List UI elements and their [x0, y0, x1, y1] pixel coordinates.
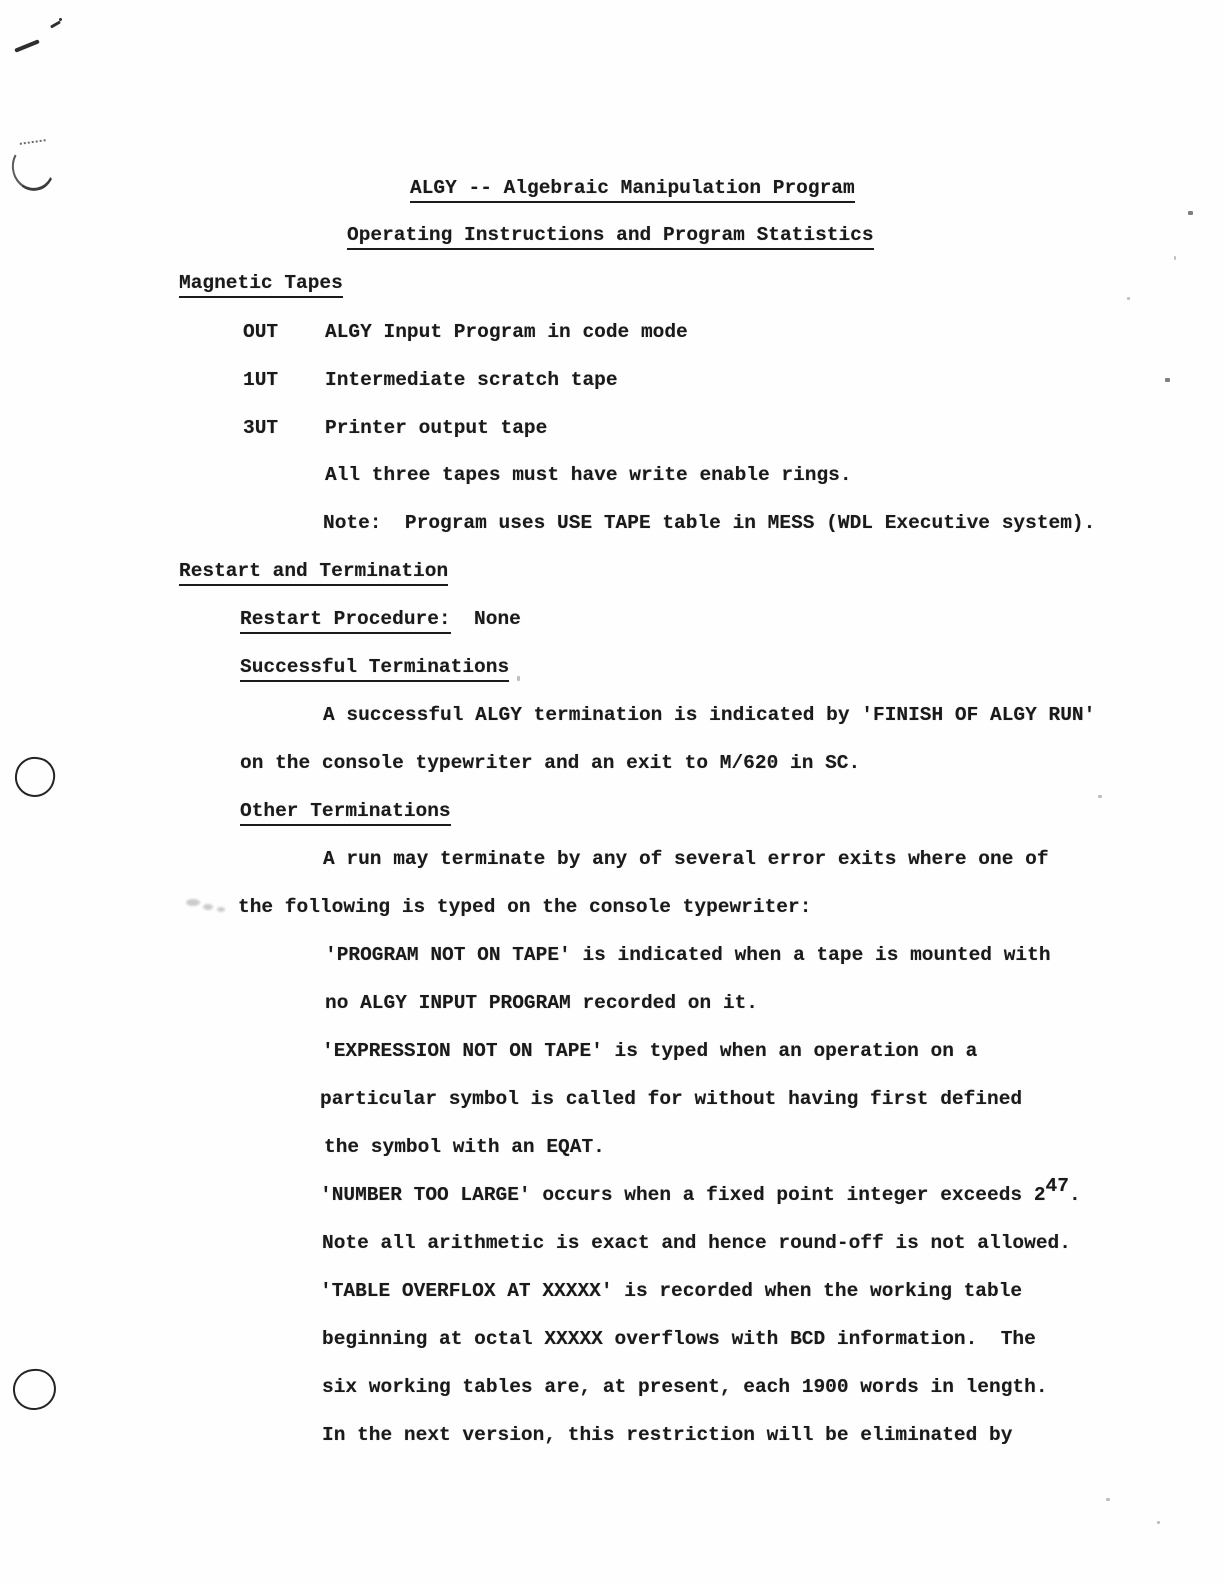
scan-speck: [1188, 211, 1193, 215]
tape-label-out: OUT: [243, 320, 278, 344]
document-title-text: ALGY -- Algebraic Manipulation Program: [410, 177, 855, 203]
heading-text: Other Terminations: [240, 800, 451, 826]
error-program-not-on-tape-2: no ALGY INPUT PROGRAM recorded on it.: [325, 991, 758, 1015]
error-table-overflox-4: In the next version, this restriction wi…: [322, 1423, 1012, 1447]
scanned-document-page: ALGY -- Algebraic Manipulation Program O…: [0, 0, 1224, 1584]
error-table-overflox-2: beginning at octal XXXXX overflows with …: [322, 1327, 1036, 1351]
restart-procedure-label: Restart Procedure:: [240, 608, 451, 634]
heading-text: Magnetic Tapes: [179, 272, 343, 298]
tape-description-3ut: Printer output tape: [325, 416, 547, 440]
tape-description-out: ALGY Input Program in code mode: [325, 320, 688, 344]
successful-termination-line-2: on the console typewriter and an exit to…: [240, 751, 860, 775]
document-subtitle-text: Operating Instructions and Program Stati…: [347, 224, 874, 250]
scan-speck: [1165, 378, 1170, 382]
successful-termination-line-1: A successful ALGY termination is indicat…: [323, 703, 1095, 727]
scan-speck: [1106, 1498, 1110, 1501]
scan-speck: [1157, 1521, 1160, 1524]
scan-smudge: [186, 899, 200, 906]
scan-speck: [1127, 297, 1130, 300]
scan-smudge: [203, 904, 213, 910]
pen-mark: [50, 20, 61, 28]
error-expression-not-on-tape-1: 'EXPRESSION NOT ON TAPE' is typed when a…: [322, 1039, 977, 1063]
error-expression-not-on-tape-3: the symbol with an EQAT.: [324, 1135, 605, 1159]
scan-smudge: [217, 907, 225, 912]
tape-label-1ut: 1UT: [243, 368, 278, 392]
other-terminations-intro-2: the following is typed on the console ty…: [238, 895, 811, 919]
tape-description-1ut: Intermediate scratch tape: [325, 368, 618, 392]
scan-speck: [1174, 256, 1176, 260]
margin-circle-mark: [11, 1367, 58, 1412]
error-number-too-large-post: .: [1069, 1184, 1081, 1206]
pencil-arc-mark: [7, 140, 59, 196]
subheading-successful-terminations: Successful Terminations: [240, 655, 509, 679]
error-table-overflox-3: six working tables are, at present, each…: [322, 1375, 1048, 1399]
tape-label-3ut: 3UT: [243, 416, 278, 440]
pen-mark: [59, 18, 62, 21]
margin-circle-mark: [12, 754, 57, 799]
heading-text: Restart and Termination: [179, 560, 448, 586]
scan-speck: [1098, 795, 1102, 798]
pen-mark: [14, 39, 40, 52]
exponent-47: 47: [1046, 1174, 1069, 1198]
error-number-too-large-pre: 'NUMBER TOO LARGE' occurs when a fixed p…: [320, 1184, 1046, 1206]
tapes-note-line: Note: Program uses USE TAPE table in MES…: [323, 511, 1095, 535]
other-terminations-intro-1: A run may terminate by any of several er…: [323, 847, 1049, 871]
subheading-other-terminations: Other Terminations: [240, 799, 451, 823]
error-number-too-large-2: Note all arithmetic is exact and hence r…: [322, 1231, 1071, 1255]
error-number-too-large-1: 'NUMBER TOO LARGE' occurs when a fixed p…: [320, 1183, 1081, 1207]
heading-text: Successful Terminations: [240, 656, 509, 682]
section-heading-magnetic-tapes: Magnetic Tapes: [179, 271, 343, 295]
restart-procedure-value: None: [451, 608, 521, 630]
error-expression-not-on-tape-2: particular symbol is called for without …: [320, 1087, 1022, 1111]
document-title: ALGY -- Algebraic Manipulation Program: [410, 176, 855, 200]
scan-speck: [517, 676, 520, 681]
restart-procedure-line: Restart Procedure: None: [240, 607, 521, 631]
tapes-requirement-line: All three tapes must have write enable r…: [325, 463, 852, 487]
error-program-not-on-tape-1: 'PROGRAM NOT ON TAPE' is indicated when …: [325, 943, 1051, 967]
document-subtitle: Operating Instructions and Program Stati…: [347, 223, 874, 247]
section-heading-restart-termination: Restart and Termination: [179, 559, 448, 583]
error-table-overflox-1: 'TABLE OVERFLOX AT XXXXX' is recorded wh…: [320, 1279, 1022, 1303]
